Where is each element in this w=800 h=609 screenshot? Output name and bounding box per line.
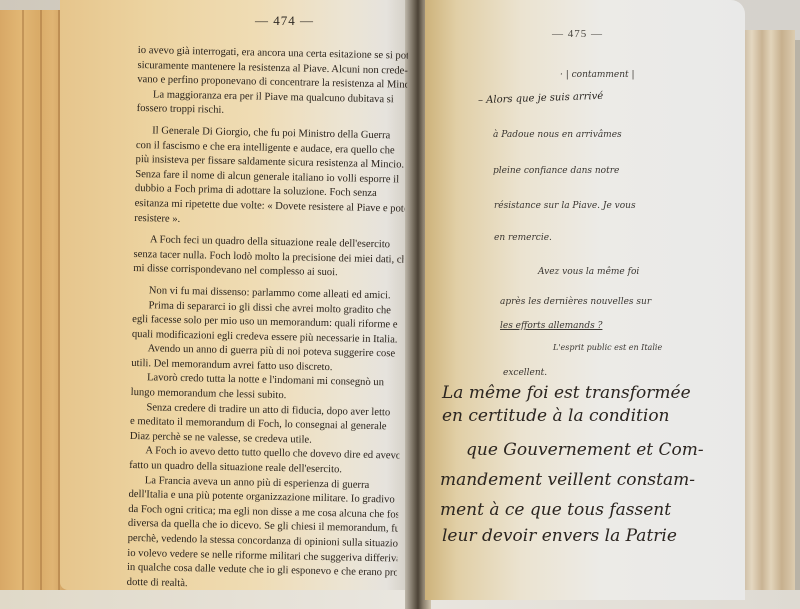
- handwriting-line: leur devoir envers la Patrie: [442, 526, 677, 546]
- handwriting-line: L'esprit public est en Italie: [553, 343, 662, 352]
- handwriting-line: résistance sur la Piave. Je vous: [494, 201, 636, 211]
- handwriting-line: après les dernières nouvelles sur: [500, 297, 651, 307]
- handwriting-line: en certitude à la condition: [442, 406, 670, 426]
- printed-text-block: io avevo già interrogati, era ancora una…: [127, 44, 408, 596]
- handwriting-line: les efforts allemands ?: [500, 321, 602, 331]
- page-number-right: — 475 —: [552, 28, 603, 40]
- handwriting-line: pleine confiance dans notre: [493, 166, 619, 176]
- handwriting-line: en remercie.: [494, 233, 552, 243]
- page-number-left: — 474 —: [255, 13, 314, 29]
- handwriting-line: excellent.: [503, 368, 547, 378]
- handwriting-line: mandement veillent constam-: [440, 470, 695, 490]
- book-photo: — 474 — — 475 — io avevo già interrogati…: [0, 0, 800, 609]
- handwriting-line: à Padoue nous en arrivâmes: [493, 130, 622, 140]
- handwriting-line: que Gouvernement et Com-: [466, 440, 704, 460]
- handwriting-line: La même foi est transformée: [442, 383, 691, 403]
- handwriting-line: · | contamment |: [560, 70, 635, 80]
- handwriting-line: ment à ce que tous fassent: [440, 500, 671, 520]
- handwriting-line: Avez vous la même foi: [538, 267, 639, 277]
